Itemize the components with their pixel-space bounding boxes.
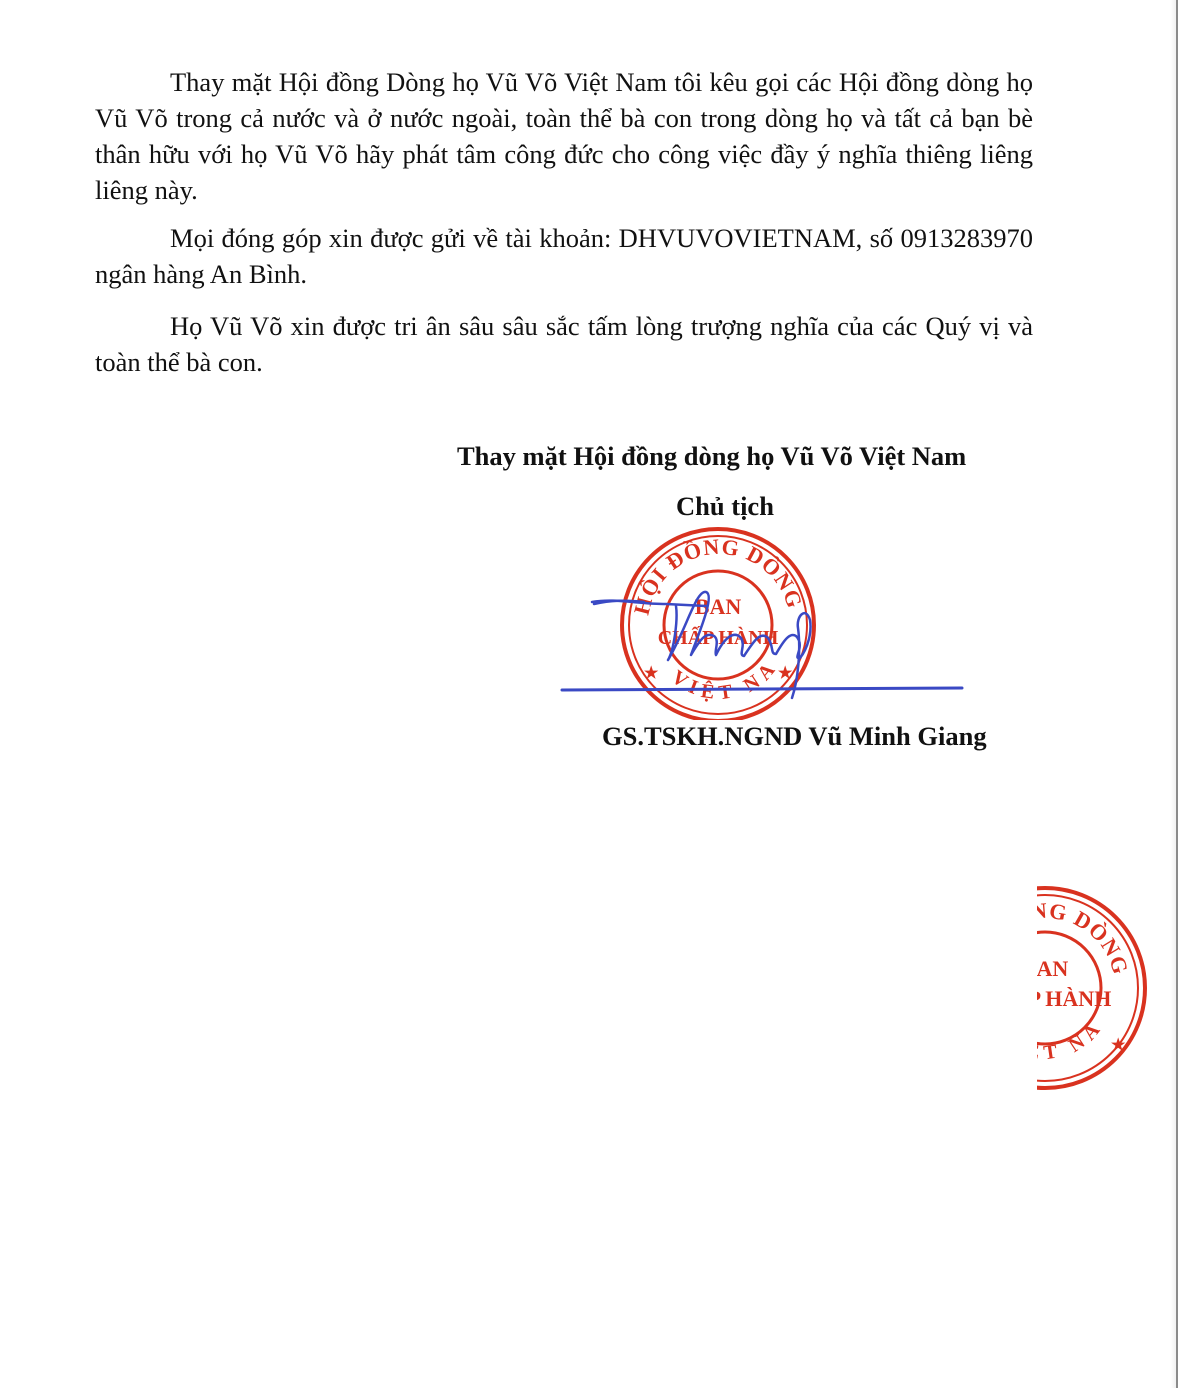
paragraph-appeal: Thay mặt Hội đồng Dòng họ Vũ Võ Việt Nam… bbox=[95, 64, 1033, 208]
svg-text:VIỆT NAM: VIỆT NAM bbox=[556, 520, 783, 704]
document-body: Họ Vũ Võ xin được tri ân sâu sâu sắc tấm… bbox=[95, 308, 1033, 380]
svg-text:BAN: BAN bbox=[1037, 956, 1068, 981]
document-body: Mọi đóng góp xin được gửi về tài khoản: … bbox=[95, 220, 1033, 292]
signatory-name: GS.TSKH.NGND Vũ Minh Giang bbox=[602, 721, 987, 752]
star-icon: ★ bbox=[778, 665, 793, 682]
paragraph-gratitude: Họ Vũ Võ xin được tri ân sâu sâu sắc tấm… bbox=[95, 308, 1033, 380]
partial-stamp: HỘI ĐỒNG DÒNG HỌ VŨ - VÕ VIỆT NAM BAN CH… bbox=[1037, 880, 1157, 1100]
signature-on-behalf: Thay mặt Hội đồng dòng họ Vũ Võ Việt Nam bbox=[457, 441, 966, 472]
svg-text:CHẤP HÀNH: CHẤP HÀNH bbox=[1037, 986, 1111, 1011]
star-icon: ★ bbox=[644, 665, 659, 682]
paragraph-bank-account: Mọi đóng góp xin được gửi về tài khoản: … bbox=[95, 220, 1033, 292]
document-body: Thay mặt Hội đồng Dòng họ Vũ Võ Việt Nam… bbox=[95, 64, 1033, 208]
official-stamp: HỘI ĐỒNG DÒNG HỌ VŨ - VÕ VIỆT NAM BAN CH… bbox=[556, 520, 976, 720]
star-icon: ★ bbox=[1111, 1037, 1126, 1054]
signature-role: Chủ tịch bbox=[676, 491, 774, 522]
